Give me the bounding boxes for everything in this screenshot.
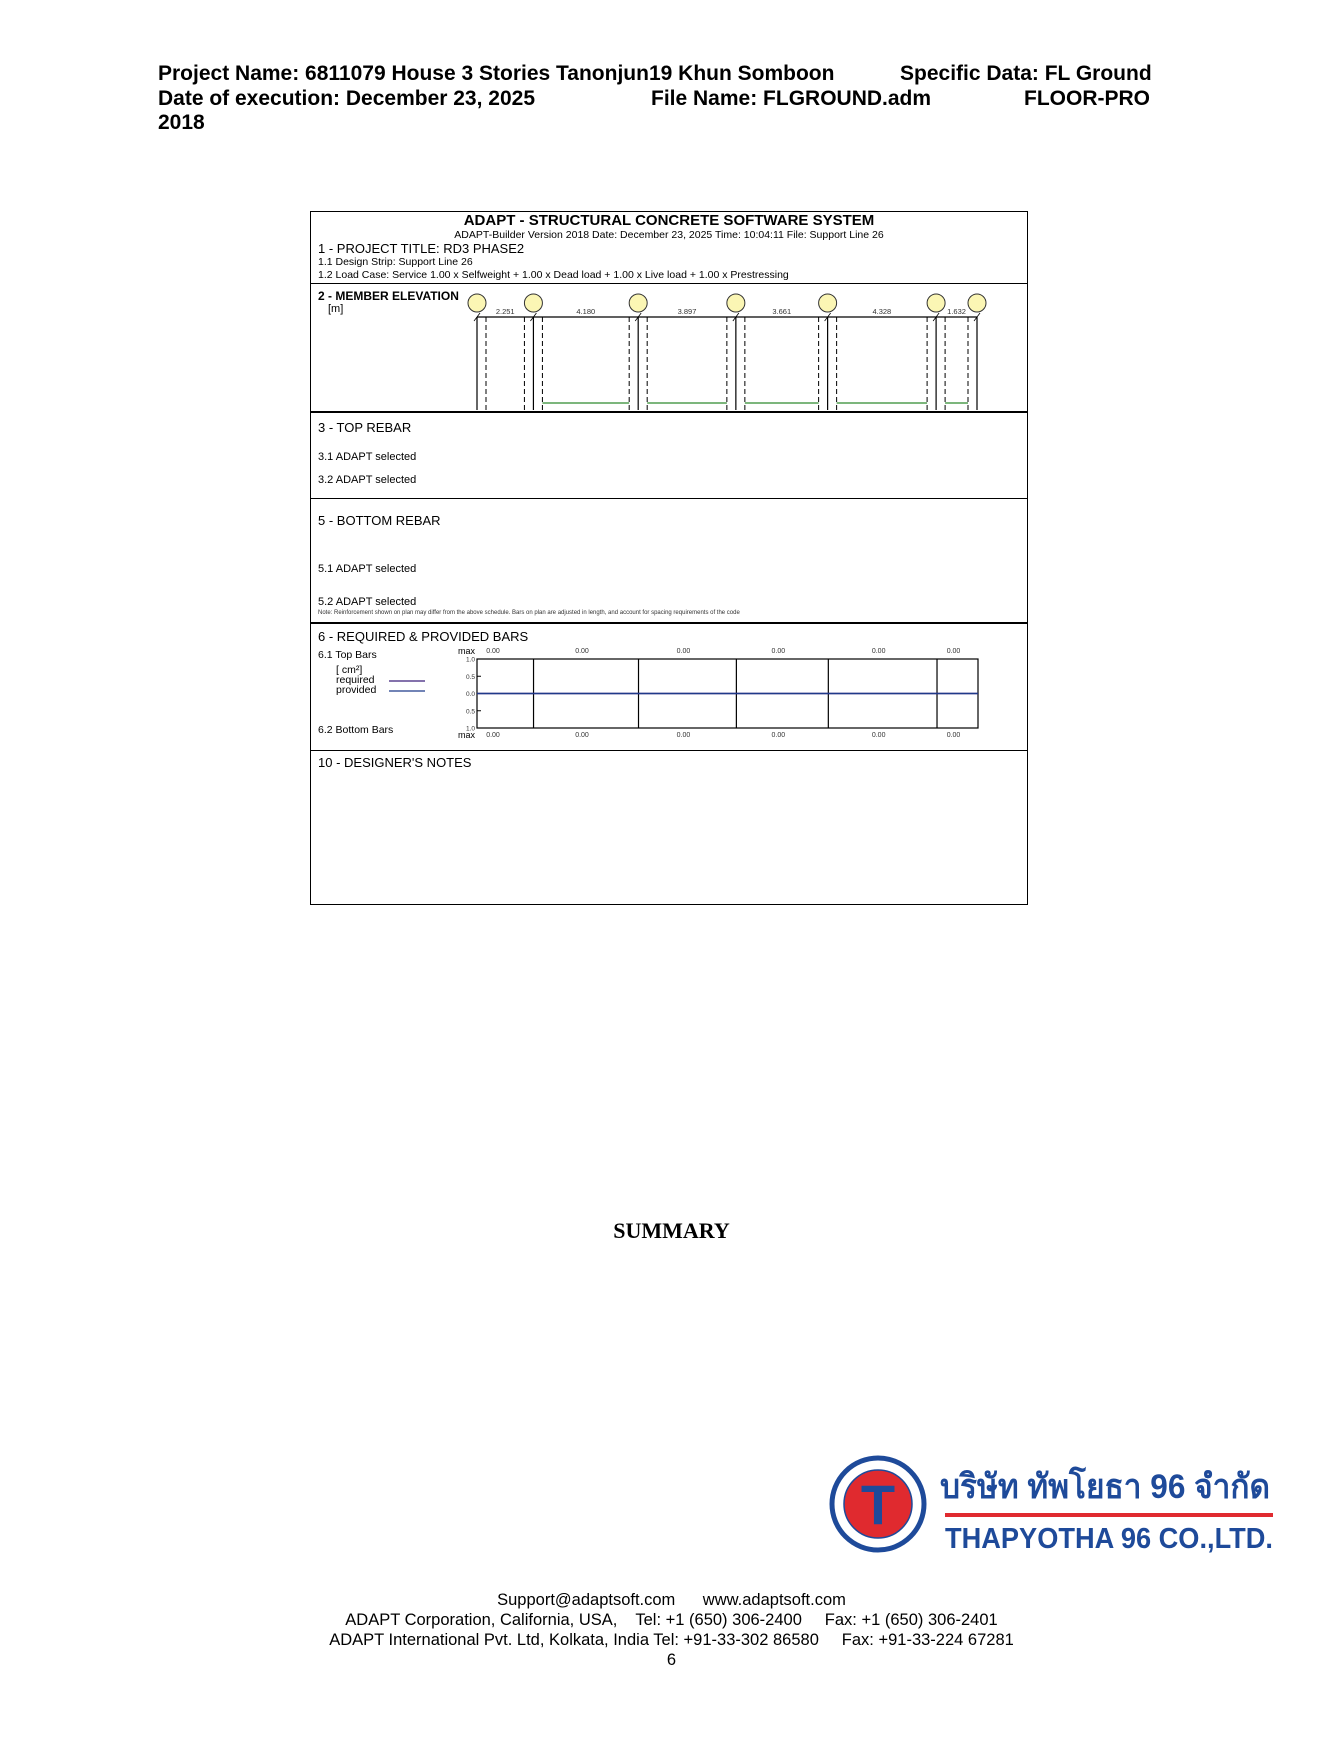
svg-text:0.00: 0.00 — [575, 732, 589, 739]
rebar-note: Note: Reinforcement shown on plan may di… — [318, 610, 740, 616]
date-of-execution: Date of execution: December 23, 2025 — [158, 87, 535, 112]
footer-usa-office: ADAPT Corporation, California, USA, Tel:… — [0, 1610, 1343, 1630]
top-rebar-title: 3 - TOP REBAR — [318, 420, 411, 435]
summary-heading: SUMMARY — [0, 1218, 1343, 1244]
svg-text:1.632: 1.632 — [947, 307, 966, 316]
report-title: ADAPT - STRUCTURAL CONCRETE SOFTWARE SYS… — [311, 212, 1027, 229]
designers-notes-section: 10 - DESIGNER'S NOTES — [311, 750, 1027, 905]
project-name: Project Name: 6811079 House 3 Stories Ta… — [158, 62, 834, 87]
svg-text:4.328: 4.328 — [872, 307, 891, 316]
svg-text:0.00: 0.00 — [575, 648, 589, 655]
bottom-rebar-section: 5 - BOTTOM REBAR 5.1 ADAPT selected 5.2 … — [311, 498, 1027, 623]
top-rebar-item-1: 3.1 ADAPT selected — [318, 451, 416, 463]
footer-contact: Support@adaptsoft.com www.adaptsoft.com — [0, 1590, 1343, 1610]
required-provided-chart: 1.00.50.00.51.0maxmax0.000.000.000.000.0… — [311, 624, 1027, 752]
svg-text:0.5: 0.5 — [466, 708, 475, 715]
designers-notes-title: 10 - DESIGNER'S NOTES — [318, 755, 471, 770]
svg-text:THAPYOTHA 96 CO.,LTD.: THAPYOTHA 96 CO.,LTD. — [945, 1523, 1273, 1555]
bottom-rebar-item-2: 5.2 ADAPT selected — [318, 596, 416, 608]
company-logo: T บริษัท ทัพโยธา 96 จำกัด THAPYOTHA 96 C… — [820, 1438, 1280, 1570]
svg-text:max: max — [458, 730, 476, 740]
top-rebar-section: 3 - TOP REBAR 3.1 ADAPT selected 3.2 ADA… — [311, 411, 1027, 499]
footer-india-office: ADAPT International Pvt. Ltd, Kolkata, I… — [0, 1630, 1343, 1650]
svg-text:0.5: 0.5 — [466, 674, 475, 681]
adapt-report-panel: ADAPT - STRUCTURAL CONCRETE SOFTWARE SYS… — [310, 211, 1028, 905]
load-case: 1.2 Load Case: Service 1.00 x Selfweight… — [318, 269, 789, 281]
svg-text:2.251: 2.251 — [496, 307, 515, 316]
svg-text:3.897: 3.897 — [678, 307, 697, 316]
report-subtitle: ADAPT-Builder Version 2018 Date: Decembe… — [311, 229, 1027, 241]
svg-text:บริษัท ทัพโยธา 96 จำกัด: บริษัท ทัพโยธา 96 จำกัด — [940, 1466, 1270, 1506]
company-emblem-icon: T — [832, 1458, 924, 1550]
svg-text:0.0: 0.0 — [466, 691, 475, 698]
member-elevation-section: 2 - MEMBER ELEVATION [m] 2.2514.1803.897… — [311, 283, 1027, 412]
svg-text:4.180: 4.180 — [576, 307, 595, 316]
design-strip: 1.1 Design Strip: Support Line 26 — [318, 256, 473, 268]
member-elevation-diagram: 2.2514.1803.8973.6614.3281.632 — [311, 284, 1027, 412]
required-provided-section: 6 - REQUIRED & PROVIDED BARS 6.1 Top Bar… — [311, 622, 1027, 752]
svg-text:0.00: 0.00 — [677, 648, 691, 655]
svg-text:1.0: 1.0 — [466, 657, 475, 664]
program-year: 2018 — [158, 111, 205, 136]
svg-text:0.00: 0.00 — [947, 732, 961, 739]
svg-text:3.661: 3.661 — [772, 307, 791, 316]
svg-text:0.00: 0.00 — [872, 648, 886, 655]
svg-text:T: T — [861, 1473, 895, 1536]
svg-text:0.00: 0.00 — [772, 732, 786, 739]
svg-text:0.00: 0.00 — [947, 648, 961, 655]
bottom-rebar-item-1: 5.1 ADAPT selected — [318, 563, 416, 575]
svg-text:0.00: 0.00 — [486, 732, 500, 739]
bottom-rebar-title: 5 - BOTTOM REBAR — [318, 513, 441, 528]
file-name: File Name: FLGROUND.adm — [651, 87, 931, 112]
svg-text:0.00: 0.00 — [772, 648, 786, 655]
specific-data: Specific Data: FL Ground — [900, 62, 1152, 87]
page-number: 6 — [0, 1650, 1343, 1670]
svg-text:max: max — [458, 646, 476, 656]
svg-text:0.00: 0.00 — [872, 732, 886, 739]
svg-text:0.00: 0.00 — [486, 648, 500, 655]
program-name: FLOOR-PRO — [1024, 87, 1150, 112]
page-footer: Support@adaptsoft.com www.adaptsoft.com … — [0, 1590, 1343, 1670]
svg-text:0.00: 0.00 — [677, 732, 691, 739]
top-rebar-item-2: 3.2 ADAPT selected — [318, 474, 416, 486]
project-title: 1 - PROJECT TITLE: RD3 PHASE2 — [318, 241, 524, 256]
page-header: Project Name: 6811079 House 3 Stories Ta… — [158, 62, 1188, 136]
